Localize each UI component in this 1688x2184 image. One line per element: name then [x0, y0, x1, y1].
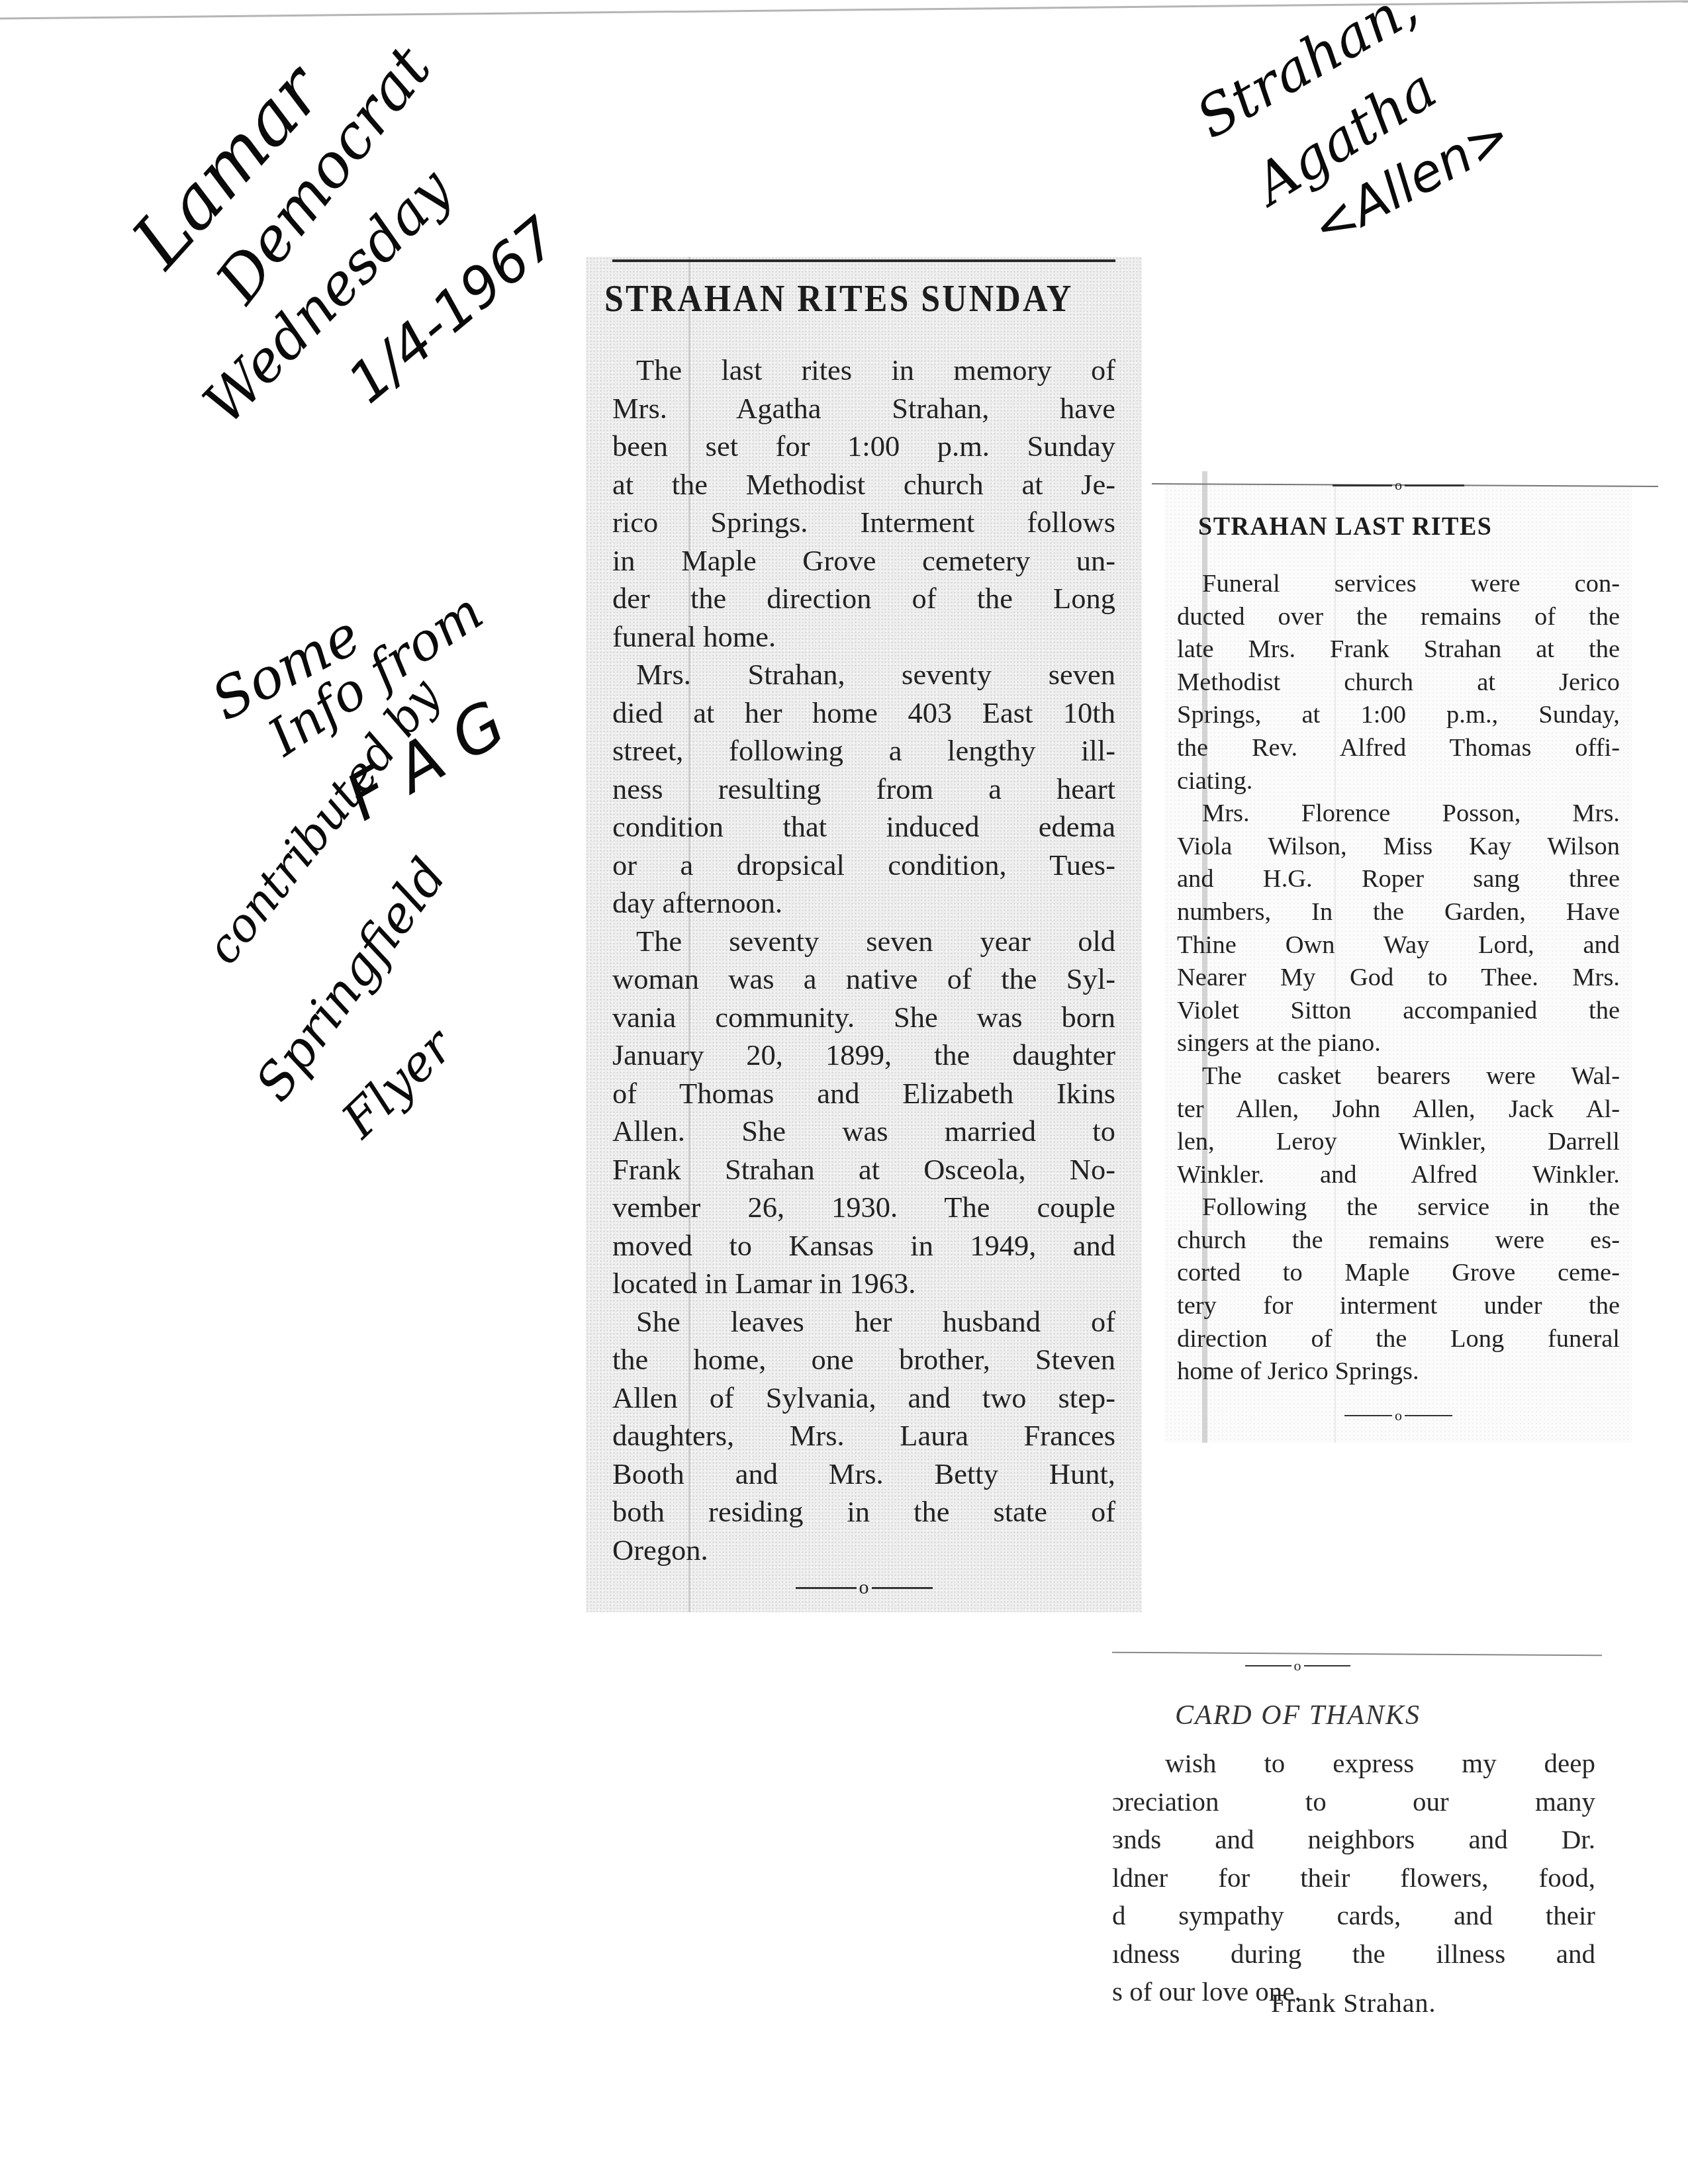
handwritten-line: Flyer	[331, 1018, 464, 1149]
article-line: der the direction of the Long	[612, 580, 1115, 618]
article-line: Frank Strahan at Osceola, No-	[612, 1151, 1115, 1189]
article-body: Funeral services were con-ducted over th…	[1177, 568, 1620, 1388]
article-line: Mrs. Florence Posson, Mrs.	[1177, 797, 1620, 831]
article-line: The seventy seven year old	[612, 923, 1115, 961]
article-body: The last rites in memory ofMrs. Agatha S…	[612, 351, 1115, 1569]
article-line: Viola Wilson, Miss Kay Wilson	[1177, 831, 1620, 864]
article-line: the home, one brother, Steven	[612, 1341, 1115, 1379]
clipping-card-of-thanks: o CARD OF THANKS wish to express my deep…	[1112, 1627, 1602, 2024]
handwritten-name-tag: Strahan, Agatha <Allen>	[1218, 40, 1523, 278]
article-line: ɜnds and neighbors and Dr.	[1112, 1821, 1595, 1859]
article-line: ness resulting from a heart	[612, 770, 1115, 809]
article-line: Mrs. Agatha Strahan, have	[612, 390, 1115, 428]
article-line: vania community. She was born	[612, 999, 1115, 1037]
handwritten-contributor-note: Some Info from F A G contributed by Spri…	[225, 629, 569, 1238]
article-line: numbers, In the Garden, Have	[1177, 896, 1620, 929]
clipping-headline: STRAHAN RITES SUNDAY	[604, 278, 1115, 320]
article-line: Booth and Mrs. Betty Hunt,	[612, 1455, 1115, 1494]
article-line: Nearer My God to Thee. Mrs.	[1177, 962, 1620, 995]
signature: Frank Strahan.	[1271, 1987, 1436, 2019]
article-line: in Maple Grove cemetery un-	[612, 542, 1115, 580]
article-line: Funeral services were con-	[1177, 568, 1620, 601]
article-line: funeral home.	[612, 618, 1115, 657]
article-line: ducted over the remains of the	[1177, 601, 1620, 634]
clipping-rites-sunday: STRAHAN RITES SUNDAY The last rites in m…	[586, 257, 1142, 1612]
article-line: vember 26, 1930. The couple	[612, 1189, 1115, 1227]
divider-rule	[1405, 484, 1464, 486]
article-line: street, following a lengthy ill-	[612, 732, 1115, 770]
article-line: the Rev. Alfred Thomas offi-	[1177, 732, 1620, 765]
article-line: or a dropsical condition, Tues-	[612, 846, 1115, 885]
article-line: Allen. She was married to	[612, 1113, 1115, 1151]
article-line: moved to Kansas in 1949, and	[612, 1227, 1115, 1265]
divider-ornament: o	[1395, 1406, 1402, 1426]
article-line: ciating.	[1177, 765, 1620, 798]
section-divider: o	[586, 1578, 1142, 1598]
divider-rule	[796, 1587, 857, 1589]
top-rule	[612, 259, 1115, 262]
article-line: January 20, 1899, the daughter	[612, 1036, 1115, 1075]
clipping-last-rites: o STRAHAN LAST RITES Funeral services we…	[1165, 484, 1632, 1443]
article-line: church the remains were es-	[1177, 1224, 1620, 1257]
article-line: Allen of Sylvania, and two step-	[612, 1379, 1115, 1418]
article-line: Mrs. Strahan, seventy seven	[612, 656, 1115, 694]
article-line: and H.G. Roper sang three	[1177, 863, 1620, 896]
divider-rule	[872, 1587, 933, 1589]
article-line: len, Leroy Winkler, Darrell	[1177, 1126, 1620, 1159]
article-line: been set for 1:00 p.m. Sunday	[612, 428, 1115, 466]
article-line: home of Jerico Springs.	[1177, 1355, 1620, 1388]
article-line: d sympathy cards, and their	[1112, 1897, 1595, 1935]
article-line: tery for interment under the	[1177, 1290, 1620, 1323]
article-line: ldner for their flowers, food,	[1112, 1859, 1595, 1897]
article-line: of Thomas and Elizabeth Ikins	[612, 1075, 1115, 1113]
card-of-thanks-title: CARD OF THANKS	[1175, 1700, 1421, 1731]
article-line: died at her home 403 East 10th	[612, 694, 1115, 733]
scanner-edge-line	[0, 0, 1688, 26]
divider-ornament: o	[1294, 1656, 1301, 1676]
divider-rule	[1333, 484, 1392, 486]
article-line: Oregon.	[612, 1531, 1115, 1570]
card-of-thanks-body: wish to express my deepɔreciation to our…	[1112, 1745, 1595, 2011]
article-line: The casket bearers were Wal-	[1177, 1060, 1620, 1093]
article-line: Winkler. and Alfred Winkler.	[1177, 1159, 1620, 1192]
article-line: Springs, at 1:00 p.m., Sunday,	[1177, 699, 1620, 732]
section-divider: o	[1165, 475, 1632, 495]
article-line: located in Lamar in 1963.	[612, 1265, 1115, 1303]
article-line: singers at the piano.	[1177, 1027, 1620, 1060]
article-line: direction of the Long funeral	[1177, 1323, 1620, 1356]
article-line: Thine Own Way Lord, and	[1177, 929, 1620, 962]
article-line: wish to express my deep	[1112, 1745, 1595, 1783]
article-line: late Mrs. Frank Strahan at the	[1177, 633, 1620, 666]
article-line: The last rites in memory of	[612, 351, 1115, 390]
divider-rule	[1304, 1665, 1350, 1666]
divider-ornament: o	[1395, 475, 1402, 495]
article-line: corted to Maple Grove ceme-	[1177, 1257, 1620, 1290]
article-line: Methodist church at Jerico	[1177, 666, 1620, 700]
divider-rule	[1344, 1415, 1392, 1416]
article-line: at the Methodist church at Je-	[612, 466, 1115, 504]
article-line: day afternoon.	[612, 884, 1115, 923]
article-line: both residing in the state of	[612, 1493, 1115, 1531]
divider-rule	[1405, 1415, 1452, 1416]
divider-ornament: o	[859, 1578, 869, 1598]
clipping-headline: STRAHAN LAST RITES	[1198, 511, 1620, 541]
article-line: rico Springs. Interment follows	[612, 504, 1115, 542]
article-line: She leaves her husband of	[612, 1303, 1115, 1342]
article-line: daughters, Mrs. Laura Frances	[612, 1417, 1115, 1455]
article-line: condition that induced edema	[612, 808, 1115, 846]
divider-rule	[1245, 1665, 1291, 1666]
article-line: Violet Sitton accompanied the	[1177, 995, 1620, 1028]
section-divider: o	[1165, 1406, 1632, 1426]
article-line: ıdness during the illness and	[1112, 1935, 1595, 1974]
article-line: ter Allen, John Allen, Jack Al-	[1177, 1093, 1620, 1126]
article-line: ɔreciation to our many	[1112, 1783, 1595, 1821]
section-divider: o	[1112, 1656, 1483, 1676]
article-line: woman was a native of the Syl-	[612, 960, 1115, 999]
handwritten-source-note: Lamar Democrat Wednesday 1/4-1967	[165, 99, 629, 417]
article-line: Following the service in the	[1177, 1191, 1620, 1224]
